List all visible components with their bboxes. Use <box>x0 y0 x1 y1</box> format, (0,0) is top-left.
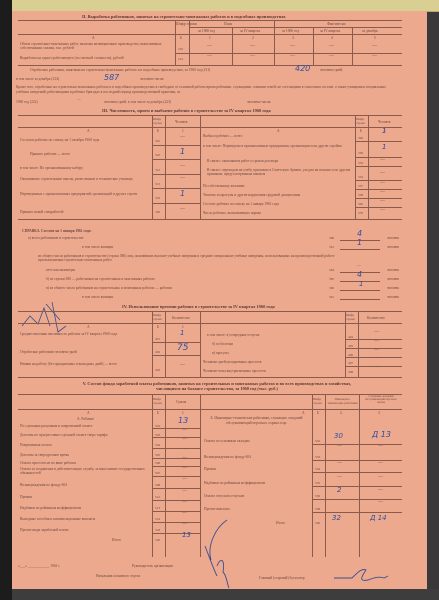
s5-left-row-value: — <box>182 466 187 471</box>
section2-title: II. Выработка работников, занятых на стр… <box>82 14 286 19</box>
s3-left-row-label: Принято новой спецработой <box>20 210 63 214</box>
s4-left-row-label: Неявки на работу (без праздничных и выхо… <box>20 362 150 366</box>
s4-left-row-label: Отработано рабочими человеко-дней <box>20 350 77 354</box>
s5-left-row-value: — <box>182 511 187 516</box>
colnum: А <box>87 325 90 329</box>
colnum: 2 <box>340 411 342 415</box>
s5-left-row-code: 507 <box>155 471 160 475</box>
s3-ref-label: в том числе женщин <box>82 245 113 249</box>
s2-note4-suffix: человеко-часов. <box>247 100 271 104</box>
s3-ref-code: 391 <box>329 295 334 299</box>
colnum: А <box>87 129 90 133</box>
colnum: 1 <box>209 36 211 40</box>
s3-left-row-value: — <box>180 164 185 169</box>
s4-right-row-label: в том числе: а) очередные отпуска <box>207 333 259 337</box>
s3-col-people-left: Человек <box>175 120 188 124</box>
s3-right-row-value: — <box>380 199 385 204</box>
s5-left-row-label: Оплата простоев не по вине рабочих <box>20 461 76 465</box>
scanner-frame-right <box>427 11 439 600</box>
s5-right-itr-value: 30 <box>334 432 343 440</box>
s4-col-code-right: Шифр строки <box>346 313 358 321</box>
s5-left-row-value: — <box>182 522 187 527</box>
s2-cell: — <box>290 54 295 59</box>
handwritten-mark <box>20 296 70 336</box>
s5-left-row-code: 504 <box>155 443 160 447</box>
s5-left-row-value: 13 <box>178 416 188 425</box>
s5-right-other-value: — <box>378 500 383 505</box>
s2-row-label: Выработка на одного работающего (по смет… <box>20 56 124 60</box>
s4-left-row-value: 1 <box>180 329 184 337</box>
s2-cell: — <box>329 44 334 49</box>
s5-right-other-value: — <box>378 461 383 466</box>
s3-ref-label: в) из общего числа работников на строите… <box>46 286 172 290</box>
s5-left-row-label: Прочие виды заработной платы <box>20 528 68 532</box>
s5-right-heading: Б. Инженерно-технические работники, служ… <box>204 416 309 426</box>
s5-right-row-label: Надбавки по районным коэффициентам <box>204 481 265 485</box>
s5-left-row-label: Надбавки по районным коэффициентам <box>20 506 81 510</box>
s3-ref-unit: человек <box>387 268 399 272</box>
s2-note2-value: 587 <box>104 73 119 82</box>
colnum: А <box>87 411 90 415</box>
s5-left-row-value: — <box>182 437 187 442</box>
s2-note4-mid: человеко-дней, в том числе за декабрь (2… <box>104 100 171 104</box>
s3-left-row-code: 313 <box>155 182 160 186</box>
s3-left-row-value: — <box>180 207 185 212</box>
s2-col-actual: Фактически <box>327 22 345 26</box>
colnum: А <box>277 129 280 133</box>
s3-left-row-code: 316 <box>155 196 160 200</box>
s2-cell: — <box>250 44 255 49</box>
s5-col-itr: Инженерно-технические работники <box>327 397 358 405</box>
s5-right-row-label: Оплата отпусков отпусков <box>204 494 244 498</box>
s5-left-row-label: Премии <box>20 495 32 499</box>
footer-accountant-label: Главный (старший) бухгалтер <box>259 576 305 580</box>
section4-title: IV. Использование времени рабочих в стро… <box>122 304 275 309</box>
s3-left-row-label: Окончивших строительные школы, ремесленн… <box>20 177 150 181</box>
s3-right-row-label: Уволено за прогулы и другие нарушения тр… <box>203 193 300 197</box>
s5-left-row-value: — <box>182 477 187 482</box>
s2-col-dec-actual: за декабрь <box>362 29 378 33</box>
s3-right-row-value: — <box>380 171 385 176</box>
s5-left-row-code: 513 <box>155 506 160 510</box>
s4-left-row-label: Среднесписочная численность рабочих за I… <box>20 332 150 336</box>
s3-right-row-code: 362 <box>358 202 363 206</box>
s2-col-plan: План <box>224 22 232 26</box>
s4-left-row-code: 403 <box>155 368 160 372</box>
s3-ref-value: 4 <box>357 229 362 238</box>
s4-right-row-value: — <box>374 356 379 361</box>
s5-right-other-value: Д 13 <box>372 430 391 439</box>
s5-left-row-code: 518 <box>155 528 160 532</box>
s3-right-row-code: 370 <box>358 211 363 215</box>
s3-ref-unit: человек <box>387 236 399 240</box>
s5-left-row-code: 505 <box>155 453 160 457</box>
s3-right-row-value: 1 <box>382 143 386 151</box>
s5-right-other-value: — <box>378 444 383 449</box>
s5-right-row-label: Прочие выплаты <box>204 507 230 511</box>
s5-left-row-value: — <box>182 447 187 452</box>
s3-ref-label: б) из строки 380 — работников на строите… <box>46 277 155 281</box>
s3-left-row-label: Состояло рабочих по списку на 1 октября … <box>20 138 99 142</box>
s5-left-heading: А. Рабочие <box>77 417 94 421</box>
s5-right-row-code: 532 <box>315 439 320 443</box>
s5-left-row-value: — <box>182 456 187 461</box>
s3-right-row-code: 353 <box>358 161 363 165</box>
s2-note4-value: — <box>77 97 81 101</box>
s5-right-total-label: Итого <box>276 521 285 525</box>
footer-head-label: Руководитель организации <box>132 564 173 568</box>
section5-title: V. Состав фонда заработной платы работни… <box>77 381 357 391</box>
colnum: 1 <box>182 129 184 133</box>
s4-col-code-left: Шифр строки <box>153 313 165 321</box>
colnum: Б <box>180 36 182 40</box>
s3-ref-value: 1 <box>359 280 363 288</box>
colnum: Б <box>317 411 319 415</box>
s3-ref-label: из общего числа работников в строительст… <box>38 254 338 262</box>
s3-right-row-code: 357 <box>358 184 363 188</box>
accountant-signature <box>332 566 392 586</box>
colnum: Б <box>157 411 159 415</box>
footer-planning-dept: Начальник планового отдела <box>96 574 140 578</box>
s2-note3: Кроме того, отработано на строительно-мо… <box>16 85 396 95</box>
s5-left-total-label: Итого <box>112 538 121 542</box>
s3-left-row-code: 310 <box>155 153 160 157</box>
s3-right-row-label: По собственному желанию <box>203 184 244 188</box>
s3-ref-unit: человек <box>387 286 399 290</box>
s2-col-q4-plan: за IV квартал <box>240 29 260 33</box>
s5-right-itr-value: — <box>337 461 342 466</box>
s3-left-row-value: 1 <box>180 147 185 156</box>
s5-left-total-value: 13 <box>182 531 191 539</box>
s4-left-row-code: 402 <box>155 350 160 354</box>
colnum: 4 <box>331 36 333 40</box>
s5-right-row-label: Премии <box>204 467 216 471</box>
footer-date: «___» ____________ 1961 г. <box>18 564 60 568</box>
s2-col-year-actual: за 1960 год <box>282 29 299 33</box>
s5-right-row-code: 534 <box>315 467 320 471</box>
s3-ref-unit: человек <box>387 277 399 281</box>
s5-col-code-left: Шифр строки <box>153 397 165 405</box>
head-signature <box>197 516 237 591</box>
section3-title: III. Численность, прием и выбытие рабочи… <box>102 108 271 113</box>
s5-right-itr-value: — <box>337 475 342 480</box>
s5-left-row-value: — <box>182 500 187 505</box>
s3-left-row-value: — <box>180 135 185 140</box>
s2-note2: в том числе за декабрь (214) <box>16 77 59 81</box>
s3-right-row-code: 358 <box>358 193 363 197</box>
s5-left-row-label: Оплата за сохранение в действительную сл… <box>20 467 150 475</box>
s4-left-row-code: 401 <box>155 337 160 341</box>
s3-left-row-code: 312 <box>155 168 160 172</box>
s5-right-total-itr: 32 <box>332 514 341 522</box>
colnum: 2 <box>252 36 254 40</box>
s3-right-row-code: 350 <box>358 151 363 155</box>
s3-ref-unit: человек <box>387 295 399 299</box>
s2-cell: — <box>372 44 377 49</box>
s2-row-code: 212 <box>178 57 183 61</box>
colnum: 1 <box>182 411 184 415</box>
s3-right-row-value: — <box>380 190 385 195</box>
s2-cell: — <box>290 44 295 49</box>
colnum: Б <box>360 129 362 133</box>
s2-row-label: Объем строительно-монтажных работ, включ… <box>20 42 170 50</box>
s3-left-row-code: 301 <box>155 139 160 143</box>
s2-cell: — <box>207 54 212 59</box>
s5-right-row-code: 535 <box>315 481 320 485</box>
s5-left-row-label: Доплаты за сверхурочное время <box>20 453 69 457</box>
s5-right-itr-value: — <box>337 444 342 449</box>
s3-ref-label: а) всего работников в строительстве <box>28 236 83 240</box>
s3-right-row-value: 1 <box>382 127 386 135</box>
s4-right-row-code: 408 <box>348 370 353 374</box>
s5-left-row-label: Выходные пособия и компенсационные выпла… <box>20 517 95 521</box>
s3-left-row-label: Принято рабочих — всего <box>30 152 70 156</box>
s2-note1: Отработано рабочими, занятыми на строите… <box>30 68 210 72</box>
s2-cell: — <box>372 54 377 59</box>
s3-ref-code: 380 <box>329 236 334 240</box>
colnum: 3 <box>378 411 380 415</box>
s2-note1-value: 420 <box>295 64 310 73</box>
s5-right-row-code: 536 <box>315 494 320 498</box>
s3-left-row-label: Переведенных с промышленных предприятий,… <box>20 192 150 196</box>
s3-ref-value: 4 <box>357 270 362 279</box>
s5-left-row-value: — <box>182 428 187 433</box>
s3-ref-value: — <box>357 263 361 267</box>
s3-ref-code: 385 <box>329 277 334 281</box>
s3-ref-unit: человек <box>387 245 399 249</box>
s5-col-other: Служащие, младший обслуживающий персонал… <box>361 395 401 404</box>
s2-col-code: Шифр строки <box>176 22 197 26</box>
colnum: А <box>302 411 305 415</box>
s4-col-qty-left: Количество <box>172 316 190 320</box>
s3-ref-code: 384 <box>329 268 334 272</box>
s3-ref-value: 1 <box>357 238 362 247</box>
s3-right-row-value: — <box>380 208 385 213</box>
s4-col-qty-right: Количество <box>367 316 385 320</box>
s3-right-row-label: Состоит рабочих по списку на 1 января 19… <box>203 202 279 206</box>
s2-note1-suffix: человеко-дней, <box>320 68 343 72</box>
s5-right-other-value: — <box>378 475 383 480</box>
s5-left-row-label: Доплаты по прогрессивно-сдельной оплате … <box>20 433 107 437</box>
s3-ref-code: 381 <box>329 245 334 249</box>
s3-ref-label: в том числе женщин <box>82 295 113 299</box>
s5-right-row-code: 538 <box>315 507 320 511</box>
colnum: А <box>92 36 95 40</box>
s5-right-other-value: — <box>378 488 383 493</box>
s3-right-row-label: В связи с переходом на учебу, призывом в… <box>207 168 353 176</box>
s3-left-row-value: — <box>180 176 185 181</box>
s4-right-row-value: — <box>374 365 379 370</box>
s4-right-row-label: в) прогулы <box>212 351 229 355</box>
s5-left-row-code: 512 <box>155 495 160 499</box>
s2-note4: 1960 год (222) <box>16 100 38 104</box>
colnum: Б <box>157 129 159 133</box>
s5-left-row-label: По сдельным расценкам и повременной опла… <box>20 424 92 428</box>
colnum: 5 <box>374 36 376 40</box>
s3-right-row-label: в том числе: Переведено в промышленные п… <box>203 144 353 148</box>
s3-right-row-value: — <box>380 181 385 186</box>
s2-cell: — <box>250 54 255 59</box>
s3-reference-title: СПРАВКА. Состоит на 1 января 1961 года: <box>22 229 92 233</box>
s4-right-row-label: Человеко-часы внутрисменных простоев <box>203 369 266 373</box>
s3-right-row-label: Выбыло рабочих — всего <box>203 134 242 138</box>
s3-left-row-value: 1 <box>180 189 185 198</box>
s2-note2-suffix: человеко-часов. <box>140 77 164 81</box>
s5-col-sum: Сумма <box>176 400 186 404</box>
s5-col-code-right: Шифр строки <box>313 397 325 405</box>
s3-ref-label: петт как инженеры <box>46 268 75 272</box>
s3-right-row-code: 354 <box>358 175 363 179</box>
s4-right-row-label: б) по болезни <box>212 342 233 346</box>
s5-left-row-code: 508 <box>155 483 160 487</box>
s4-left-row-value: — <box>180 363 185 368</box>
s3-left-row-code: 320 <box>155 210 160 214</box>
s3-col-code-right: Шифр строки <box>356 117 368 125</box>
s5-left-row-code: 506 <box>155 461 160 465</box>
s5-right-total-code: 540 <box>315 521 320 525</box>
s4-right-row-code: 407 <box>348 361 353 365</box>
colnum: 3 <box>292 36 294 40</box>
s3-right-row-code: 340 <box>358 136 363 140</box>
s4-right-row-label: Человеко-дней целодневных простоев <box>203 360 261 364</box>
s5-left-row-code: 514 <box>155 517 160 521</box>
s4-right-row-value: — <box>374 330 379 335</box>
s3-right-row-value: — <box>380 158 385 163</box>
s2-row-code: 210 <box>178 47 183 51</box>
s4-right-row-value: — <box>374 339 379 344</box>
s5-right-row-code: 533 <box>315 455 320 459</box>
s3-col-people-right: Человек <box>378 120 391 124</box>
s5-left-row-value: — <box>182 489 187 494</box>
s5-right-row-label: Вознаграждения по фонду 604 <box>204 455 251 459</box>
s5-right-total-other: Д 14 <box>370 514 387 522</box>
s5-left-row-label: Вознаграждения по фонду 604 <box>20 483 67 487</box>
s3-right-row-label: В связи с окончанием работ и сроков дого… <box>207 159 278 163</box>
s5-right-itr-value: 2 <box>337 486 341 494</box>
s3-left-row-label: в том числе: По организованному набору <box>20 166 150 170</box>
s3-right-row-label: Число рабочих, выполняющих нормы <box>203 211 261 215</box>
s2-cell: — <box>329 54 334 59</box>
colnum: Б <box>157 325 159 329</box>
s5-left-total-code: 520 <box>155 538 160 542</box>
s5-right-row-label: Оплата по основным окладам <box>204 439 250 443</box>
s4-right-row-value: — <box>374 348 379 353</box>
s3-ref-code: 390 <box>329 286 334 290</box>
s2-col-year-plan: за 1960 год <box>198 29 215 33</box>
s4-left-row-value: 75 <box>177 343 188 353</box>
s2-cell: — <box>207 44 212 49</box>
s5-left-row-label: Повременная оплата <box>20 443 52 447</box>
s2-col-q4-actual: за IV квартал <box>320 29 340 33</box>
scanner-frame-left <box>0 0 12 600</box>
s3-col-code-left: Шифр строки <box>153 117 165 125</box>
form-page: II. Выработка работников, занятых на стр… <box>12 11 427 589</box>
